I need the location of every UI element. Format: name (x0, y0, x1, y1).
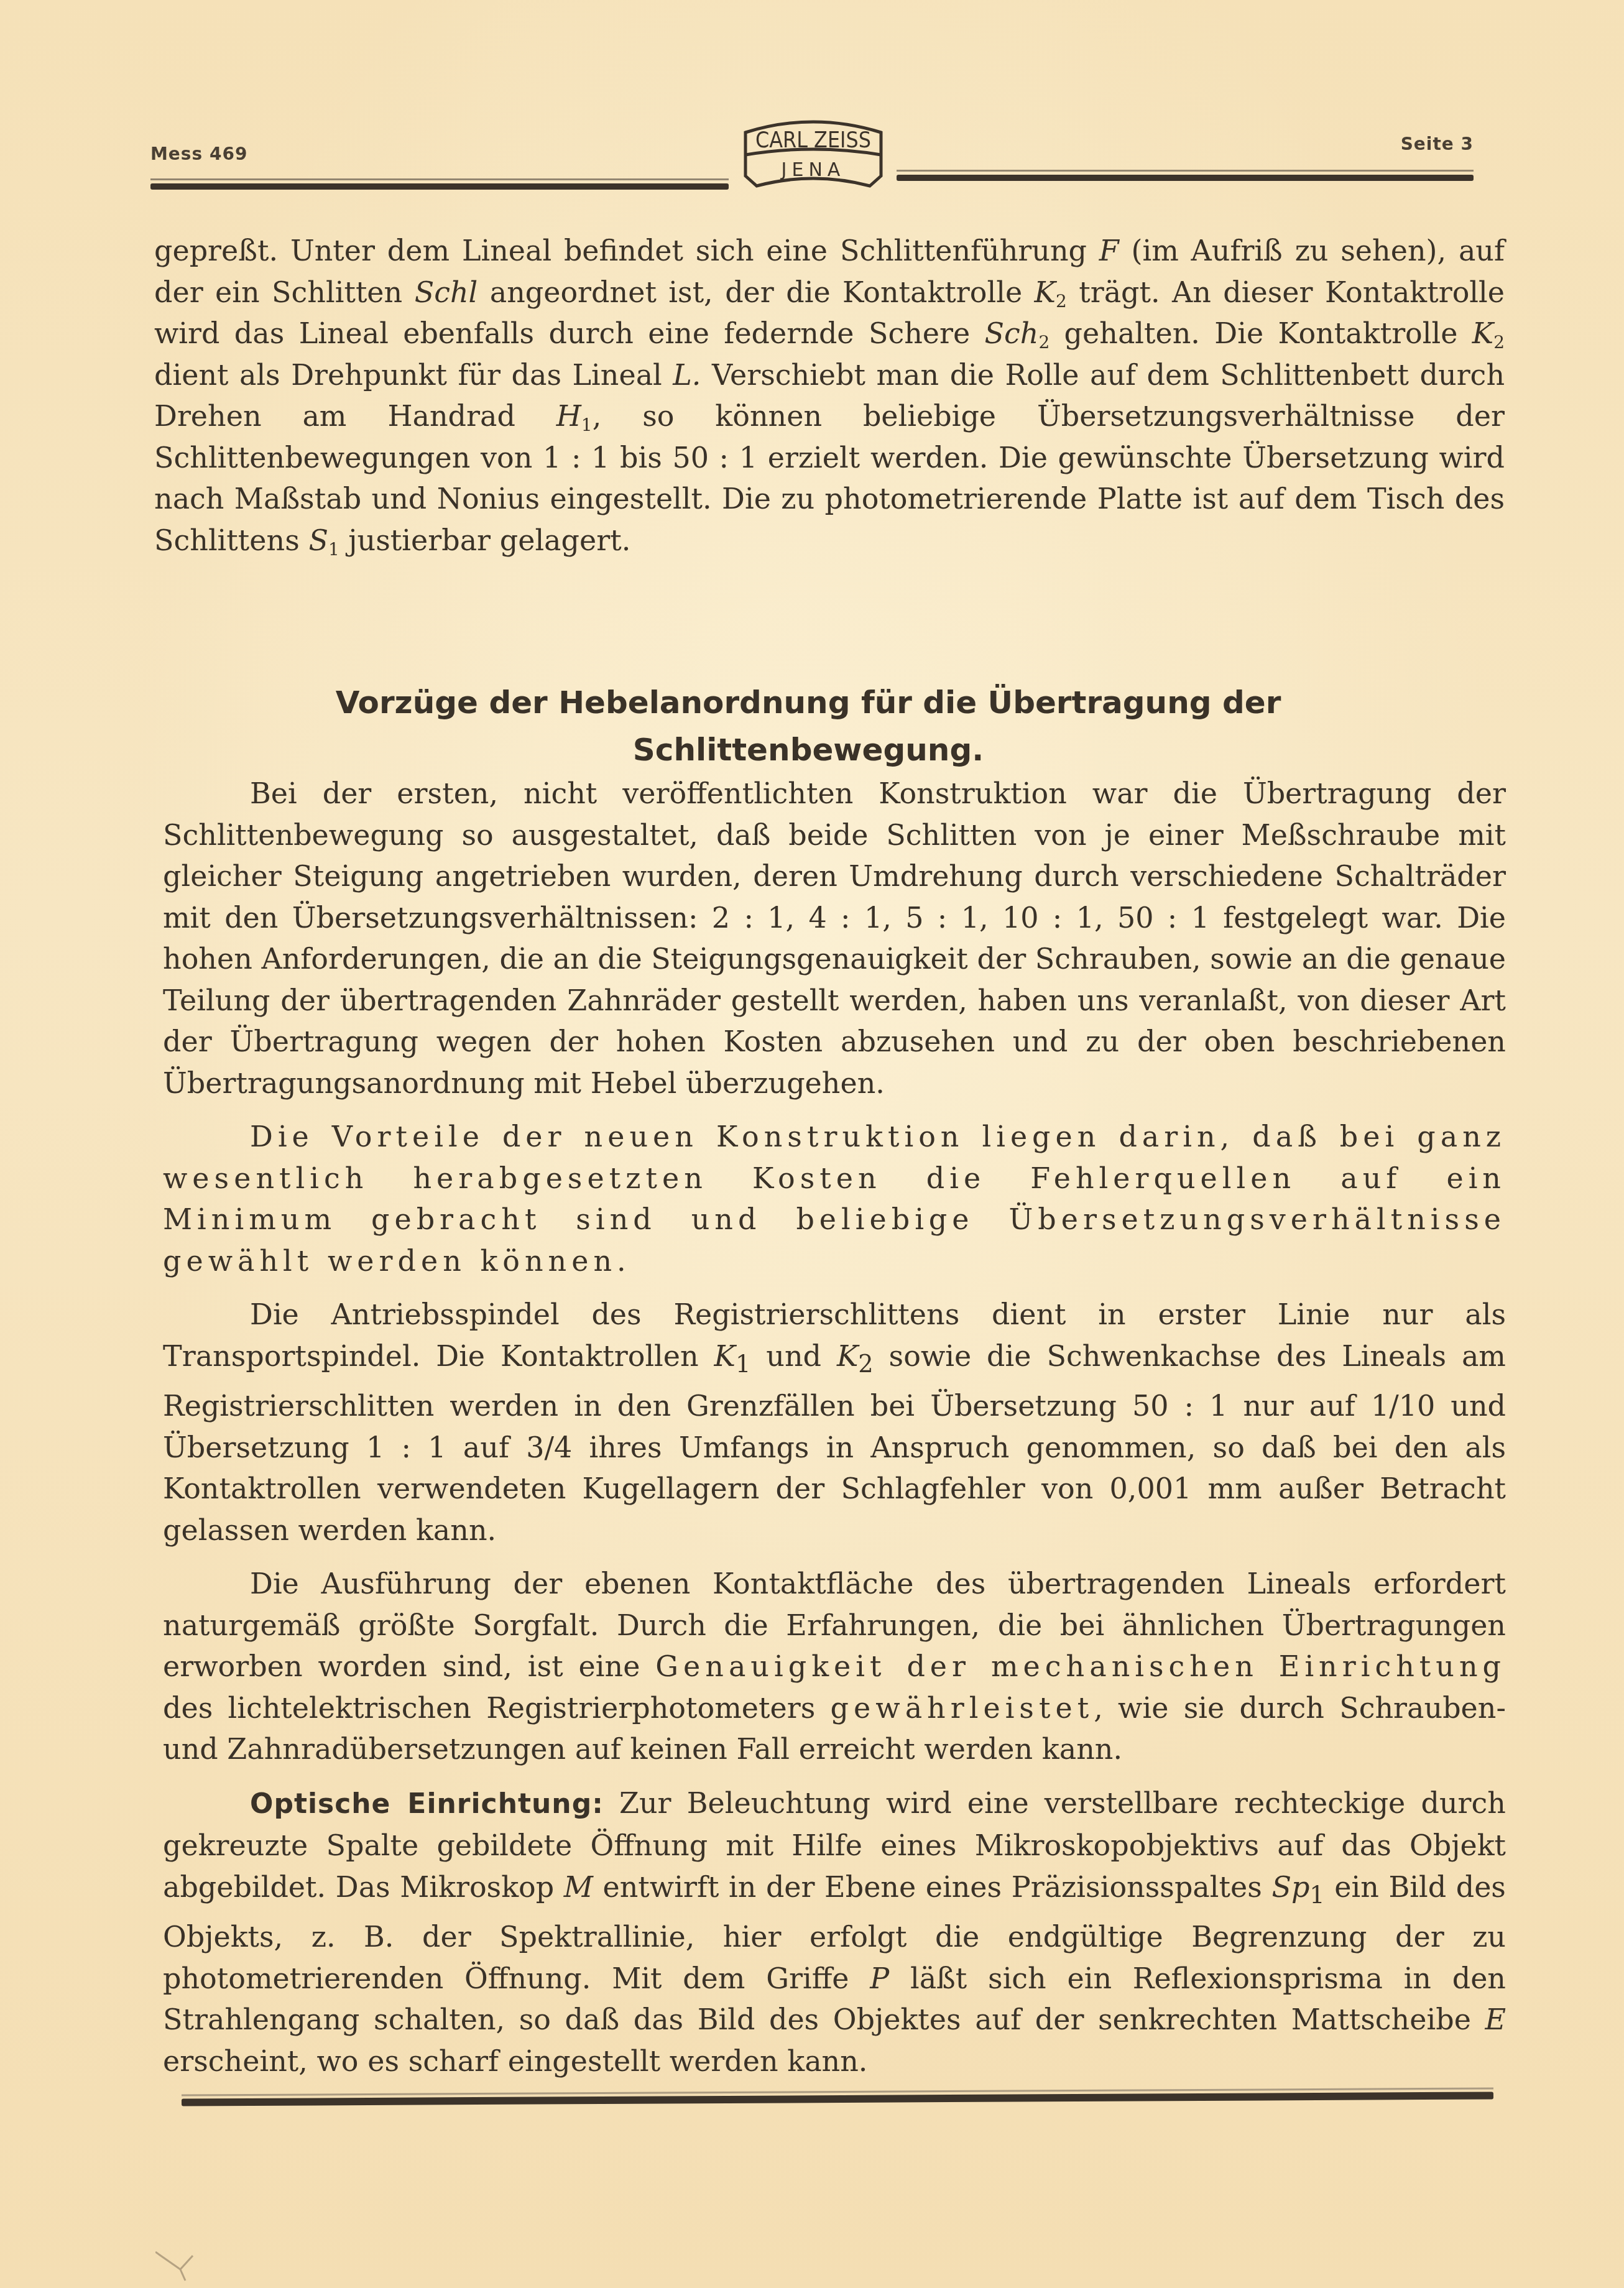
intro-paragraph: gepreßt. Unter dem Lineal befindet sich … (154, 230, 1505, 561)
section-heading: Vorzüge der Hebelanordnung für die Übert… (249, 679, 1368, 773)
paragraph-optical-setup: Optische Einrichtung: Zur Beleuchtung wi… (163, 1783, 1506, 2082)
page-header: Mess 469 CARL ZEISS JENA Seite 3 (150, 109, 1474, 196)
zeiss-logo-icon: CARL ZEISS JENA (732, 114, 895, 191)
header-rule-thin-right (897, 170, 1474, 172)
header-rule-thin-left (150, 178, 729, 180)
paragraph-first-construction: Bei der ersten, nicht veröffentlichten K… (163, 773, 1506, 1104)
paragraph-advantages: Die Vorteile der neuen Konstruktion lieg… (163, 1116, 1506, 1281)
page-number: Seite 3 (1401, 134, 1474, 154)
carl-zeiss-jena-logo: CARL ZEISS JENA (732, 114, 895, 191)
logo-bottom-text: JENA (780, 159, 846, 181)
paper-crease-mark-icon (155, 2244, 236, 2282)
intro-paragraph-block: gepreßt. Unter dem Lineal befindet sich … (154, 230, 1505, 561)
header-rule-right (897, 175, 1474, 181)
header-rule-left (150, 183, 729, 190)
document-code: Mess 469 (150, 144, 247, 164)
paragraph-contact-surface: Die Ausführung der ebenen Kontaktfläche … (163, 1563, 1506, 1770)
section-body: Bei der ersten, nicht veröffentlichten K… (163, 773, 1506, 2082)
optical-setup-lead: Optische Einrichtung: (250, 1788, 604, 1820)
paragraph-drive-spindle: Die Antriebsspindel des Registrierschlit… (163, 1294, 1506, 1551)
logo-top-text: CARL ZEISS (755, 127, 871, 153)
